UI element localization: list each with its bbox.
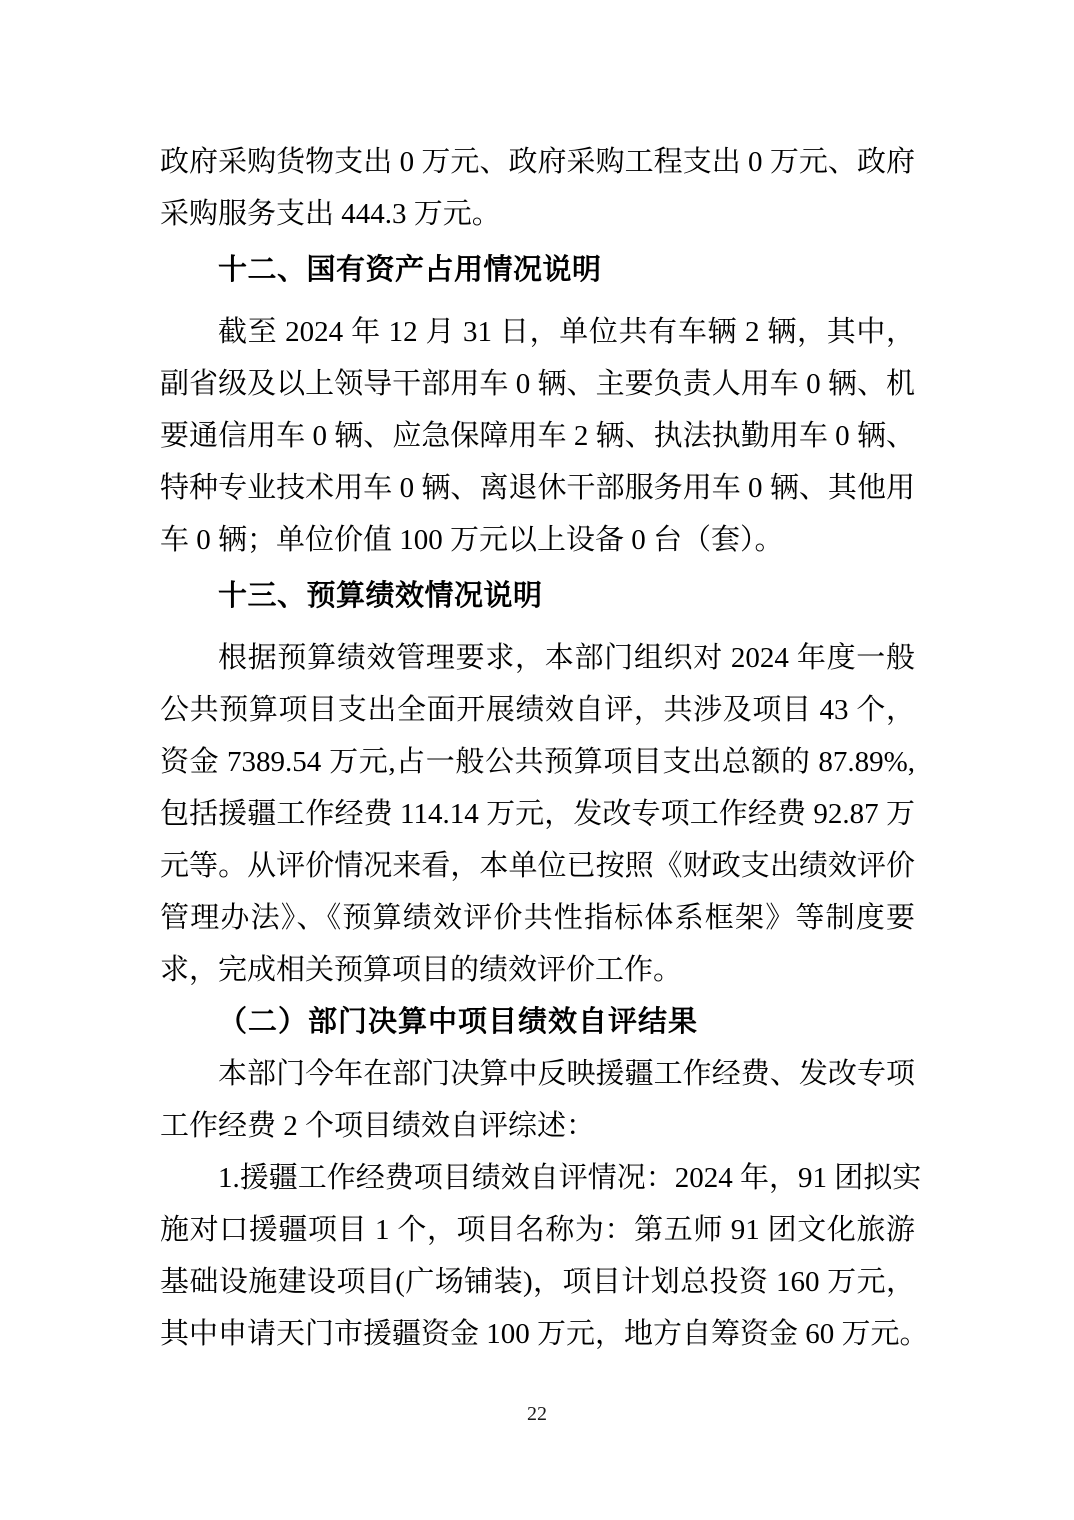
- text-line: 工作经费 2 个项目绩效自评综述：: [160, 1100, 915, 1152]
- text-line: （二）部门决算中项目绩效自评结果: [160, 996, 915, 1048]
- section-heading-13: 十三、预算绩效情况说明: [160, 570, 915, 622]
- section-heading-12: 十二、国有资产占用情况说明: [160, 244, 915, 296]
- paragraph-performance-overview: 根据预算绩效管理要求，本部门组织对 2024 年度一般公共预算项目支出全面开展绩…: [160, 632, 915, 996]
- text-line: 特种专业技术用车 0 辆、离退休干部服务用车 0 辆、其他用: [160, 462, 915, 514]
- text-line: 截至 2024 年 12 月 31 日，单位共有车辆 2 辆，其中，: [160, 306, 915, 358]
- text-line: 采购服务支出 444.3 万元。: [160, 188, 915, 240]
- text-line: 元等。从评价情况来看，本单位已按照《财政支出绩效评价: [160, 840, 915, 892]
- text-line: 求，完成相关预算项目的绩效评价工作。: [160, 944, 915, 996]
- text-line: 要通信用车 0 辆、应急保障用车 2 辆、执法执勤用车 0 辆、: [160, 410, 915, 462]
- text-line: 包括援疆工作经费 114.14 万元，发改专项工作经费 92.87 万: [160, 788, 915, 840]
- document-content: 政府采购货物支出 0 万元、政府采购工程支出 0 万元、政府采购服务支出 444…: [160, 136, 915, 1360]
- text-line: 公共预算项目支出全面开展绩效自评，共涉及项目 43 个，: [160, 684, 915, 736]
- paragraph-xinjiang-aid-project: 1.援疆工作经费项目绩效自评情况：2024 年，91 团拟实施对口援疆项目 1 …: [160, 1152, 915, 1360]
- text-line: 基础设施建设项目(广场铺装)，项目计划总投资 160 万元，: [160, 1256, 915, 1308]
- text-line: 车 0 辆；单位价值 100 万元以上设备 0 台（套）。: [160, 514, 915, 566]
- paragraph-state-assets: 截至 2024 年 12 月 31 日，单位共有车辆 2 辆，其中，副省级及以上…: [160, 306, 915, 566]
- paragraph-self-evaluation-intro: 本部门今年在部门决算中反映援疆工作经费、发改专项工作经费 2 个项目绩效自评综述…: [160, 1048, 915, 1152]
- text-line: 十三、预算绩效情况说明: [160, 570, 915, 622]
- text-line: 其中申请天门市援疆资金 100 万元，地方自筹资金 60 万元。: [160, 1308, 915, 1360]
- document-page: 政府采购货物支出 0 万元、政府采购工程支出 0 万元、政府采购服务支出 444…: [0, 0, 1074, 1520]
- text-line: 根据预算绩效管理要求，本部门组织对 2024 年度一般: [160, 632, 915, 684]
- text-line: 本部门今年在部门决算中反映援疆工作经费、发改专项: [160, 1048, 915, 1100]
- text-line: 政府采购货物支出 0 万元、政府采购工程支出 0 万元、政府: [160, 136, 915, 188]
- text-line: 资金 7389.54 万元,占一般公共预算项目支出总额的 87.89%,: [160, 736, 915, 788]
- text-line: 十二、国有资产占用情况说明: [160, 244, 915, 296]
- page-footer: 22: [0, 1402, 1074, 1426]
- text-line: 施对口援疆项目 1 个，项目名称为：第五师 91 团文化旅游: [160, 1204, 915, 1256]
- subsection-heading-2: （二）部门决算中项目绩效自评结果: [160, 996, 915, 1048]
- paragraph-government-procurement-continued: 政府采购货物支出 0 万元、政府采购工程支出 0 万元、政府采购服务支出 444…: [160, 136, 915, 240]
- text-line: 1.援疆工作经费项目绩效自评情况：2024 年，91 团拟实: [160, 1152, 915, 1204]
- text-line: 管理办法》、《预算绩效评价共性指标体系框架》等制度要: [160, 892, 915, 944]
- page-number: 22: [527, 1403, 547, 1425]
- text-line: 副省级及以上领导干部用车 0 辆、主要负责人用车 0 辆、机: [160, 358, 915, 410]
